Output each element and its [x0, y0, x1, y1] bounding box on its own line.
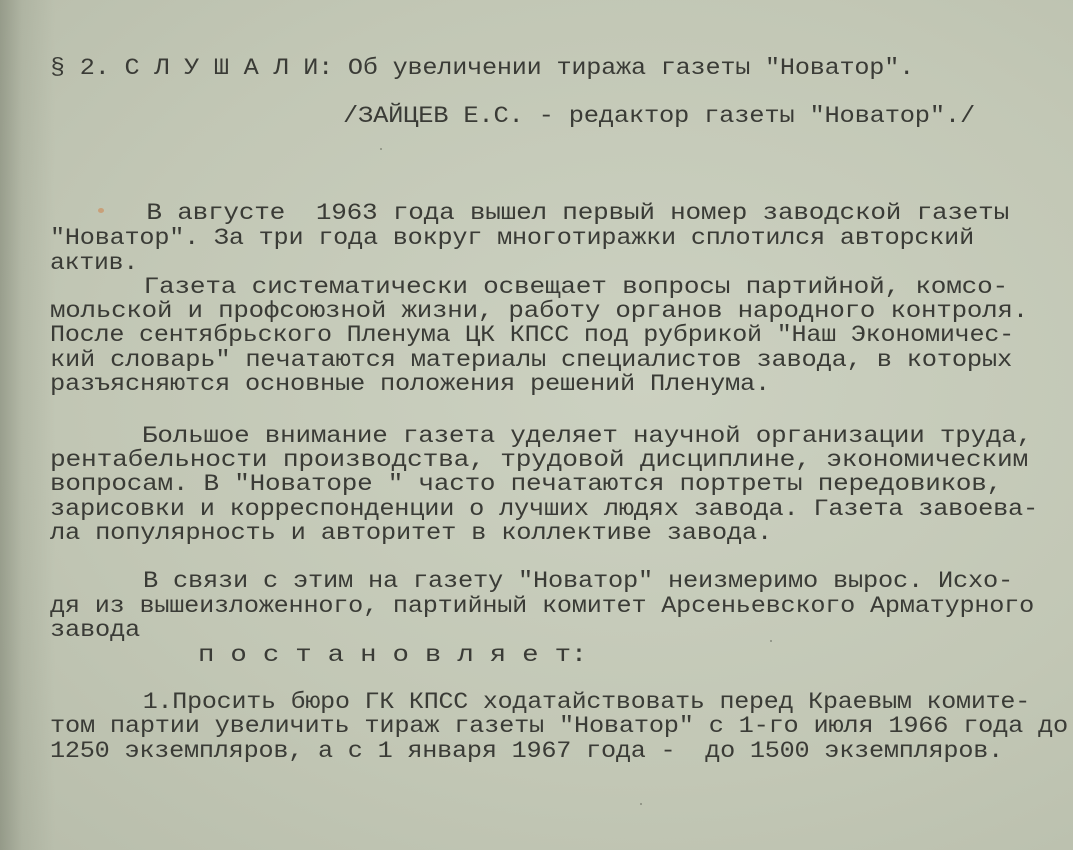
paragraph-1-line-1: В августе 1963 года вышел первый номер з… [54, 201, 1009, 225]
paragraph-3-line-1: Большое внимание газета уделяет научной … [50, 424, 1032, 448]
paper-speck [380, 148, 382, 150]
paragraph-4-line-3: завода [50, 618, 140, 642]
paragraph-4-line-1: В связи с этим на газету "Новатор" неизм… [53, 569, 1013, 593]
paragraph-1-line-3: актив. [50, 251, 138, 275]
paragraph-2-line-1: Газета систематически освещает вопросы п… [51, 275, 1008, 299]
paper-speck [640, 803, 642, 805]
resolution-item-1-line-1: 1.Просить бюро ГК КПСС ходатайствовать п… [54, 690, 1030, 714]
paragraph-3-line-2: рентабельности производства, трудовой ди… [50, 448, 1028, 472]
document-page: § 2. С Л У Ш А Л И: Об увеличении тиража… [0, 0, 1073, 850]
resolution-item-1-line-2: том партии увеличить тираж газеты "Новат… [50, 714, 1068, 738]
paragraph-4-line-2: дя из вышеизложенного, партийный комитет… [50, 594, 1034, 618]
resolution-heading: п о с т а н о в л я е т: [198, 643, 587, 667]
section-heading: § 2. С Л У Ш А Л И: Об увеличении тиража… [50, 56, 914, 80]
paragraph-3-line-5: ла популярность и авторитет в коллективе… [50, 521, 772, 545]
paragraph-2-line-2: мольской и профсоюзной жизни, работу орг… [50, 299, 1028, 323]
paragraph-3-line-3: вопросам. В "Новаторе " часто печатаются… [50, 472, 1002, 496]
paragraph-1-line-2: "Новатор". За три года вокруг многотираж… [50, 226, 974, 250]
paper-speck [770, 640, 772, 642]
speaker-line: /ЗАЙЦЕВ Е.С. - редактор газеты "Новатор"… [343, 104, 975, 128]
paragraph-3-line-4: зарисовки и корреспонденции о лучших люд… [50, 497, 1038, 521]
paragraph-2-line-5: разъясняются основные положения решений … [50, 372, 770, 396]
paragraph-2-line-4: кий словарь" печатаются материалы специа… [50, 348, 1012, 372]
resolution-item-1-line-3: 1250 экземпляров, а с 1 января 1967 года… [50, 739, 1003, 763]
paragraph-2-line-3: После сентябрьского Пленума ЦК КПСС под … [50, 323, 1014, 347]
